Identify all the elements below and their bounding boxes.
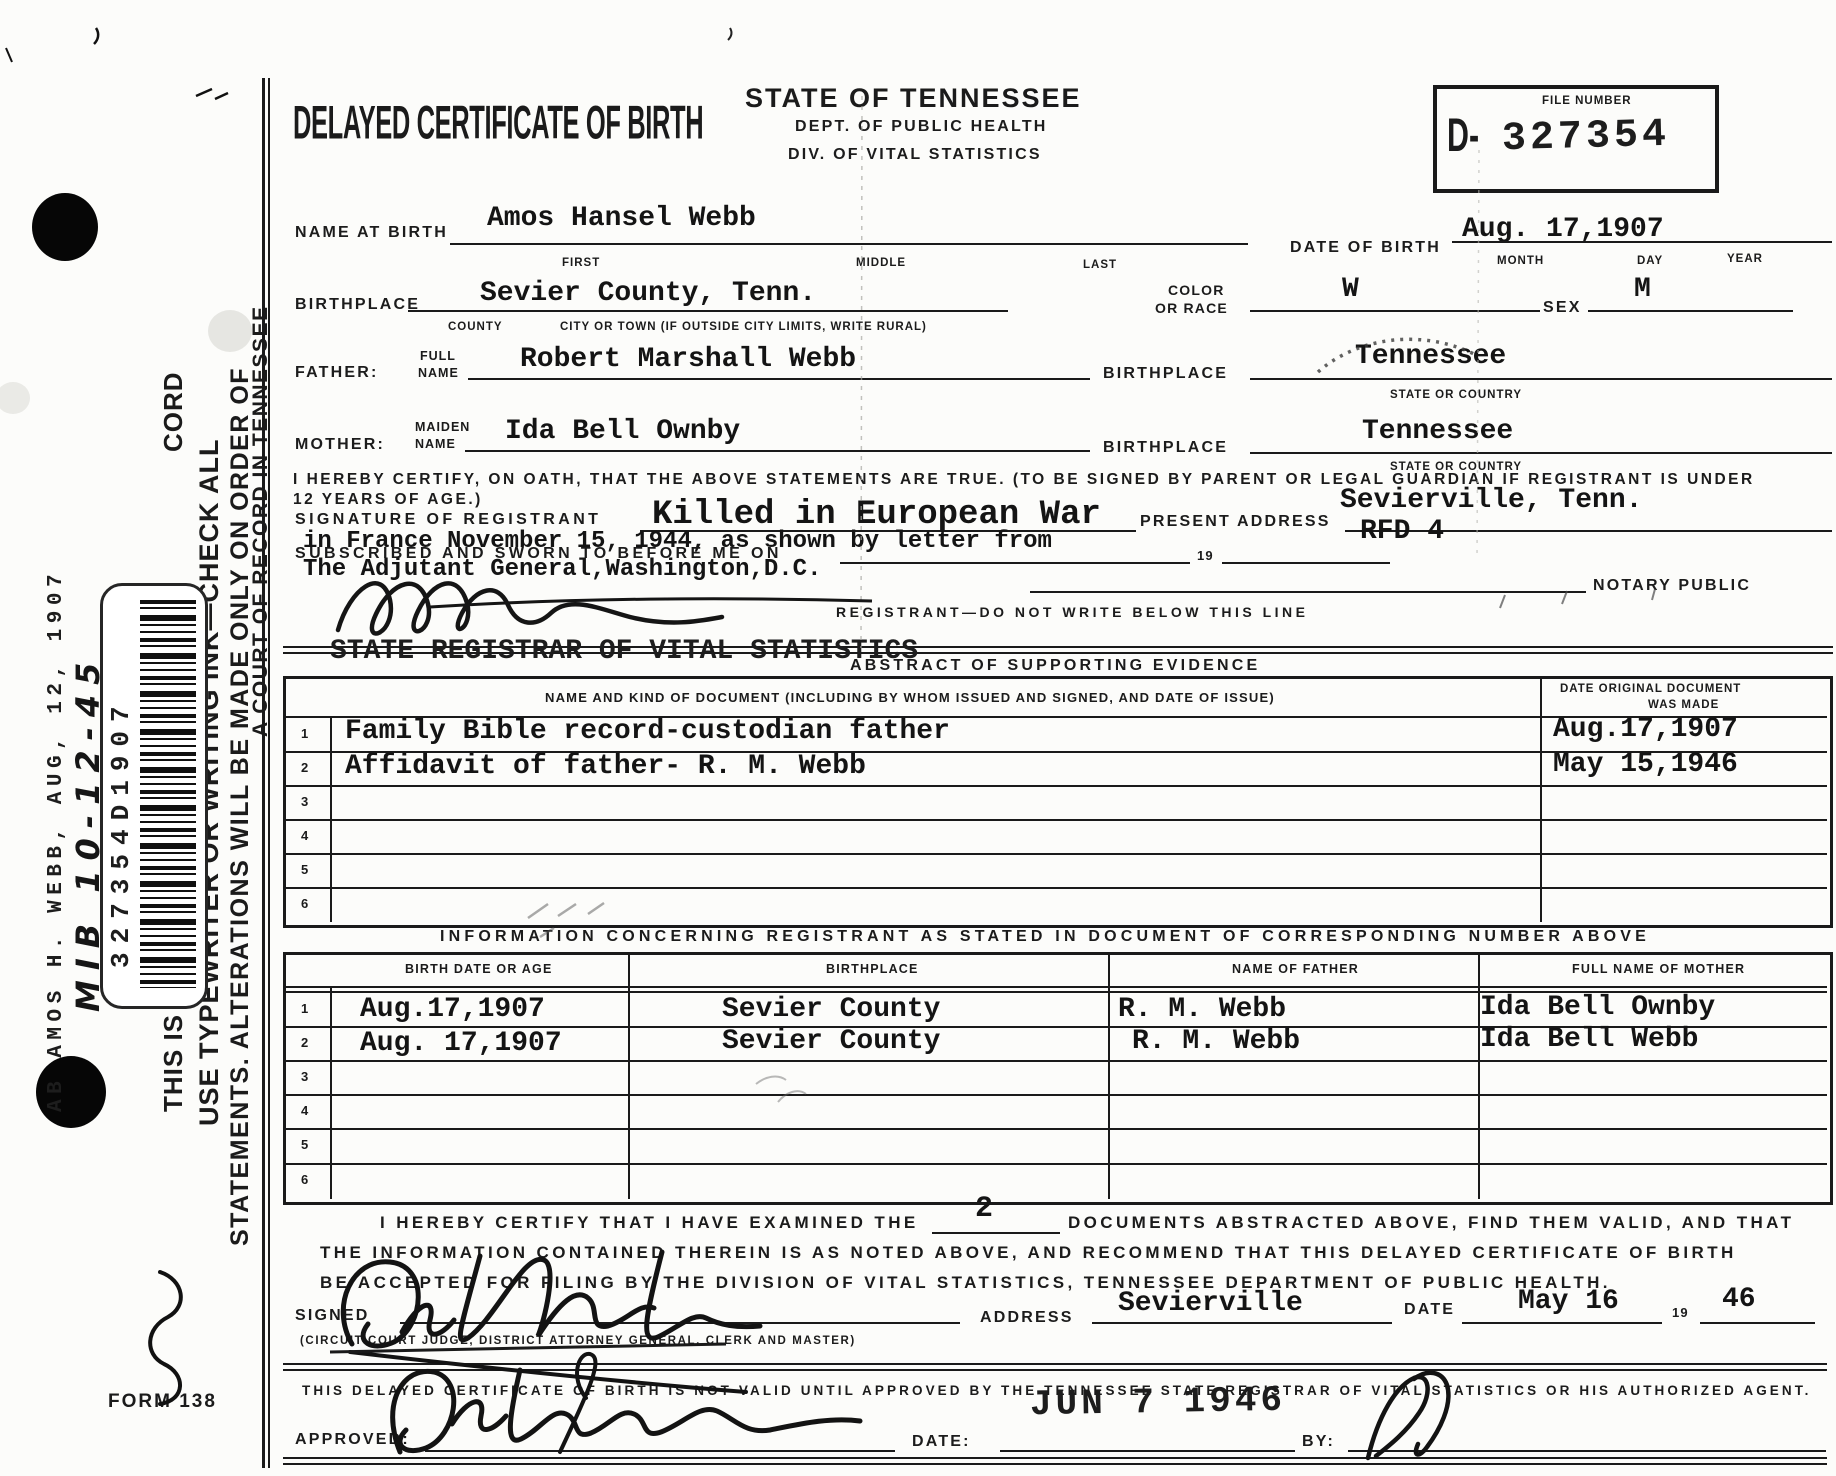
notary-public-label: NOTARY PUBLIC (1593, 578, 1751, 594)
mother-birthplace-value: Tennessee (1362, 418, 1513, 446)
page-title: DELAYED CERTIFICATE OF BIRTH (293, 100, 703, 147)
underline (400, 1322, 960, 1324)
row-number: 5 (301, 1138, 309, 1151)
mother-birthplace-label: BIRTHPLACE (1103, 440, 1228, 456)
present-address-label: PRESENT ADDRESS (1140, 514, 1331, 530)
section-divider (283, 1369, 1827, 1371)
first-sublabel: FIRST (562, 258, 600, 270)
row-number: 6 (301, 1173, 309, 1186)
color-label-2: OR RACE (1155, 301, 1228, 315)
oath-line-2: 12 YEARS OF AGE.) (293, 492, 483, 508)
city-or-town-sublabel: CITY OR TOWN (IF OUTSIDE CITY LIMITS, WR… (560, 322, 927, 334)
date-of-birth-label: DATE OF BIRTH (1290, 240, 1441, 256)
color-label-1: COLOR (1168, 283, 1225, 297)
info-row-birth: Aug. 17,1907 (360, 1030, 562, 1058)
birthplace-value: Sevier County, Tenn. (480, 280, 816, 308)
row-number: 2 (301, 1036, 309, 1049)
by-label: BY: (1302, 1434, 1335, 1450)
row-number: 4 (301, 829, 309, 842)
file-number-prefix: D- (1447, 112, 1479, 160)
underline (932, 1232, 1060, 1234)
underline (840, 562, 1190, 564)
row-number: 3 (301, 795, 309, 808)
county-sublabel: COUNTY (448, 322, 503, 334)
info-title: INFORMATION CONCERNING REGISTRANT AS STA… (440, 929, 1650, 945)
approved-date-label: DATE: (912, 1434, 971, 1450)
underline (408, 310, 1008, 312)
date-of-birth-value: Aug. 17,1907 (1462, 216, 1664, 244)
row-number: 2 (301, 761, 309, 774)
division-heading: DIV. OF VITAL STATISTICS (788, 147, 1042, 163)
underline (1700, 1322, 1815, 1324)
info-row-place: Sevier County (722, 996, 940, 1024)
table-divider (1108, 952, 1110, 1199)
table-divider (1540, 676, 1542, 922)
underline (468, 378, 1090, 380)
underline (1462, 1322, 1662, 1324)
registrant-note-typed-1: Killed in European War (652, 498, 1101, 532)
day-sublabel: DAY (1637, 256, 1663, 268)
margin-court-of-record: A COURT OF RECORD IN TENNESSEE (250, 305, 271, 737)
underline (1250, 378, 1832, 380)
info-row-father: R. M. Webb (1118, 996, 1286, 1024)
abstract-row-doc: Family Bible record-custodian father (345, 718, 950, 746)
month-sublabel: MONTH (1497, 256, 1544, 268)
delayed-birth-certificate-scan: DELAYED CERTIFICATE OF BIRTH STATE OF TE… (0, 0, 1836, 1476)
scan-mark (728, 28, 731, 40)
scan-smudge (208, 310, 252, 352)
father-birthplace-value: Tennessee (1355, 343, 1506, 371)
certify-document-count: 2 (975, 1194, 993, 1224)
abstract-row-date: May 15,1946 (1553, 751, 1738, 779)
row-number: 1 (301, 727, 309, 740)
mother-name-sublabel: NAME (415, 438, 456, 451)
name-at-birth-label: NAME AT BIRTH (295, 225, 448, 241)
year-value: 46 (1722, 1286, 1756, 1314)
underline (1452, 241, 1832, 243)
crease-line (861, 96, 862, 648)
date-value: May 16 (1518, 1288, 1619, 1316)
underline (450, 243, 1248, 245)
underline (1030, 591, 1586, 593)
father-full-sublabel: FULL (420, 350, 456, 363)
father-birthplace-label: BIRTHPLACE (1103, 366, 1228, 382)
address-label: ADDRESS (980, 1310, 1074, 1326)
scan-mark (94, 28, 98, 44)
signed-note: (CIRCUIT COURT JUDGE, DISTRICT ATTORNEY … (300, 1336, 856, 1348)
scan-mark (6, 48, 12, 62)
abstract-title: ABSTRACT OF SUPPORTING EVIDENCE (850, 658, 1260, 674)
row-number: 1 (301, 1002, 309, 1015)
state-heading: STATE OF TENNESSEE (745, 85, 1082, 112)
table-divider (628, 952, 630, 1199)
row-number: 5 (301, 863, 309, 876)
approved-date-stamp: JUN 7 1946 (1030, 1383, 1287, 1423)
underline (1092, 1322, 1392, 1324)
certify-line1-part2: DOCUMENTS ABSTRACTED ABOVE, FIND THEM VA… (1068, 1214, 1794, 1231)
underline (1222, 562, 1390, 564)
info-col-father: NAME OF FATHER (1232, 963, 1359, 976)
underline (1000, 1450, 1295, 1452)
table-line (283, 1163, 1827, 1165)
color-value: W (1342, 276, 1359, 304)
underline (465, 450, 1090, 452)
table-line (283, 1094, 1827, 1096)
approved-label: APPROVED: (295, 1432, 410, 1448)
row-number: 4 (301, 1104, 309, 1117)
info-col-place: BIRTHPLACE (826, 963, 919, 976)
punch-hole (32, 193, 98, 261)
info-row-mother: Ida Bell Ownby (1480, 994, 1715, 1022)
year-19-prefix: 19 (1672, 1306, 1689, 1319)
row-number: 6 (301, 897, 309, 910)
table-line (283, 853, 1827, 855)
registrar-signature-tail (430, 599, 872, 607)
table-line (283, 819, 1827, 821)
sex-label: SEX (1543, 300, 1582, 316)
do-not-write-note: REGISTRANT—DO NOT WRITE BELOW THIS LINE (836, 605, 1309, 619)
dept-heading: DEPT. OF PUBLIC HEALTH (795, 119, 1048, 135)
form-number: FORM 138 (108, 1392, 217, 1411)
margin-squiggle (150, 1272, 181, 1404)
mother-label: MOTHER: (295, 437, 385, 453)
birthplace-label: BIRTHPLACE (295, 297, 420, 313)
section-divider (283, 1363, 1827, 1365)
registrant-note-typed-3: The Adjutant General,Washington,D.C. (303, 558, 821, 582)
last-sublabel: LAST (1083, 260, 1117, 272)
bottom-border (283, 1457, 1827, 1459)
row-number: 3 (301, 1070, 309, 1083)
signature-of-registrant-label: SIGNATURE OF REGISTRANT (295, 512, 601, 528)
date-label: DATE (1404, 1302, 1455, 1318)
info-col-birth: BIRTH DATE OR AGE (405, 963, 552, 976)
table-line (283, 785, 1827, 787)
info-row-mother: Ida Bell Webb (1480, 1026, 1698, 1054)
table-line (283, 1128, 1827, 1130)
info-table (283, 952, 1833, 1205)
form-left-border-inner (268, 78, 270, 1468)
certify-line3: BE ACCEPTED FOR FILING BY THE DIVISION O… (320, 1274, 1611, 1291)
table-line (283, 887, 1827, 889)
barcode (140, 600, 196, 988)
scan-smudge (0, 382, 30, 414)
info-row-father: R. M. Webb (1132, 1028, 1300, 1056)
bottom-border (283, 1463, 1827, 1465)
address-value: Sevierville (1118, 1290, 1303, 1318)
father-name-value: Robert Marshall Webb (520, 346, 856, 374)
underline (1588, 310, 1793, 312)
abstract-row-date: Aug.17,1907 (1553, 716, 1738, 744)
signed-signature (343, 1252, 760, 1346)
margin-index-note: AB AMOS H. WEBB, AUG, 12, 1907 (46, 569, 67, 1112)
form-left-border (262, 78, 265, 1468)
father-label: FATHER: (295, 365, 379, 381)
table-line (283, 1060, 1827, 1062)
margin-cord-fragment: CORD (160, 371, 186, 452)
barcode-text: 327354D1907 (108, 697, 134, 968)
mother-maiden-sublabel: MAIDEN (415, 421, 470, 434)
state-or-country-sublabel: STATE OR COUNTRY (1390, 390, 1522, 402)
registrar-signature (338, 583, 722, 633)
abstract-date-header-2: WAS MADE (1648, 700, 1719, 712)
info-col-mother: FULL NAME OF MOTHER (1572, 963, 1745, 976)
mother-name-value: Ida Bell Ownby (505, 418, 740, 446)
present-address-value-1: Sevierville, Tenn. (1340, 487, 1642, 515)
name-at-birth-value: Amos Hansel Webb (487, 205, 756, 233)
info-row-birth: Aug.17,1907 (360, 996, 545, 1024)
certify-line2: THE INFORMATION CONTAINED THEREIN IS AS … (320, 1244, 1737, 1261)
table-divider (1478, 952, 1480, 1199)
file-number-value: 327354 (1502, 116, 1671, 160)
abstract-date-header-1: DATE ORIGINAL DOCUMENT (1560, 684, 1741, 696)
info-row-place: Sevier County (722, 1028, 940, 1056)
scan-mark (196, 89, 228, 99)
file-number-label: FILE NUMBER (1542, 96, 1632, 108)
margin-this-is: THIS IS (160, 1014, 186, 1112)
year-19-prefix: 19 (1197, 549, 1214, 562)
underline (1250, 452, 1832, 454)
year-sublabel: YEAR (1727, 254, 1763, 266)
underline (1348, 1450, 1826, 1452)
sex-value: M (1634, 276, 1651, 304)
abstract-doc-header: NAME AND KIND OF DOCUMENT (INCLUDING BY … (545, 691, 1275, 704)
certify-line1-part1: I HEREBY CERTIFY THAT I HAVE EXAMINED TH… (380, 1214, 919, 1231)
signed-label: SIGNED (295, 1308, 370, 1324)
middle-sublabel: MIDDLE (856, 258, 906, 270)
table-line (283, 986, 1827, 988)
state-registrar-stamp: STATE REGISTRAR OF VITAL STATISTICS (330, 638, 918, 666)
underline (1250, 310, 1540, 312)
underline (425, 1450, 895, 1452)
father-name-sublabel: NAME (418, 367, 459, 380)
present-address-value-2: RFD 4 (1360, 518, 1444, 546)
abstract-row-doc: Affidavit of father- R. M. Webb (345, 753, 866, 781)
